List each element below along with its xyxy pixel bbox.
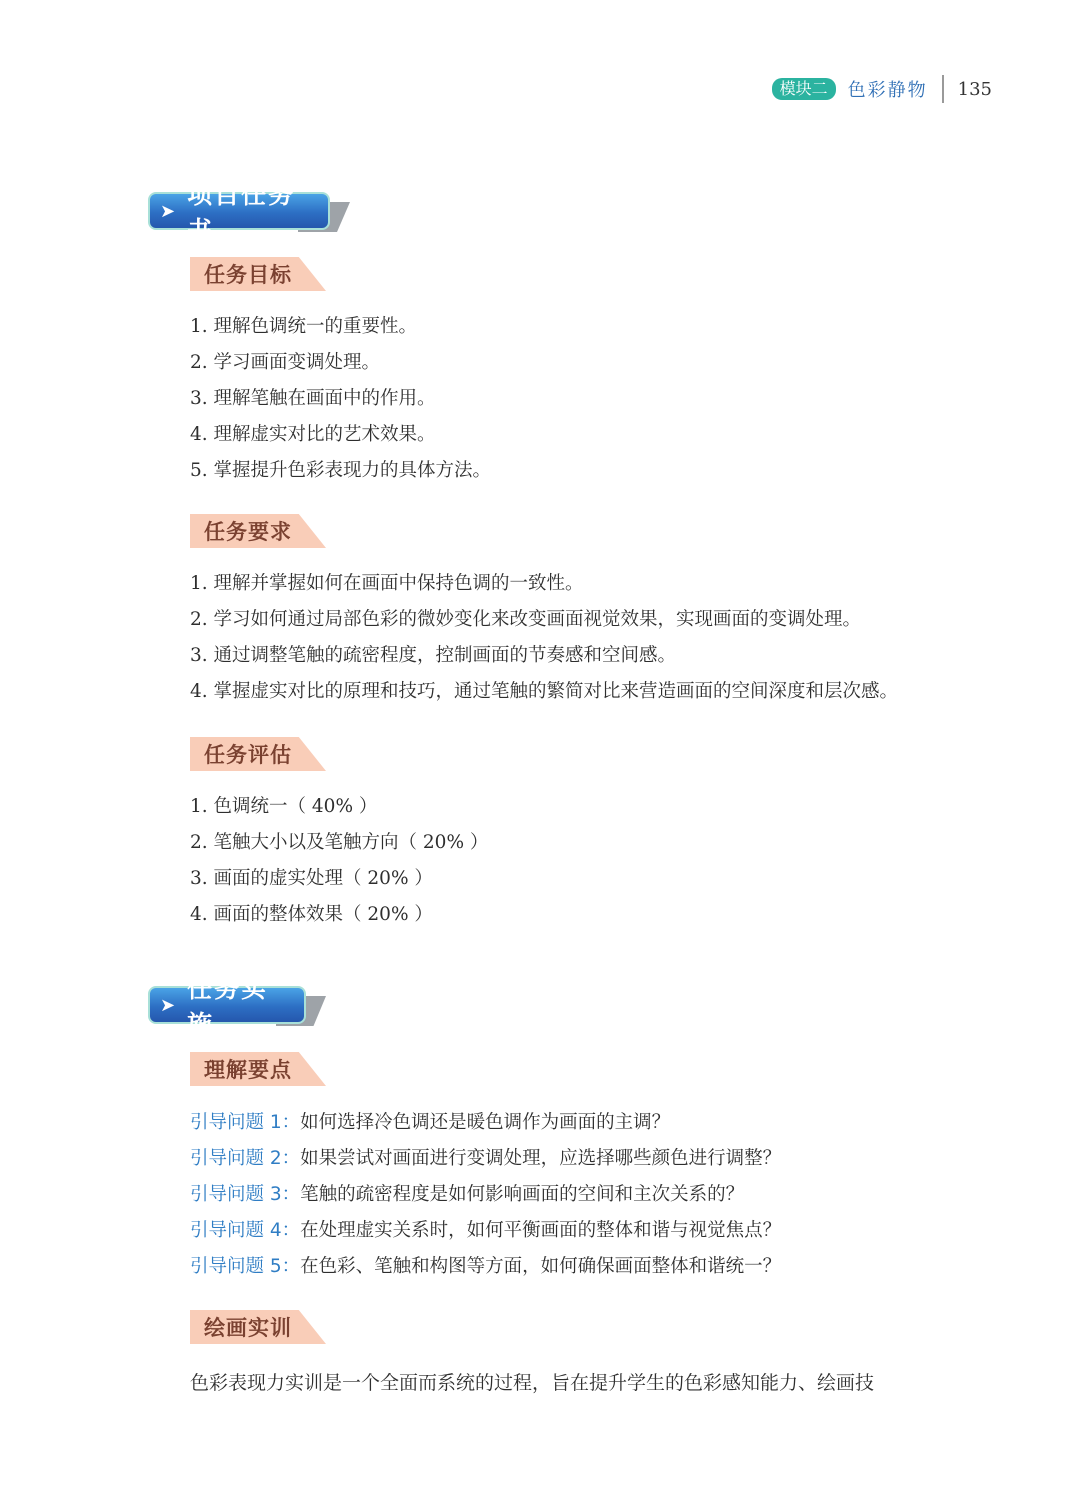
page-header: 模块二 色彩静物 135 — [772, 74, 992, 104]
section-banner-project-brief: ➤ 项目任务书 — [148, 192, 348, 232]
guiding-question: 引导问题 2：如果尝试对画面进行变调处理，应选择哪些颜色进行调整？ — [190, 1141, 781, 1177]
list-item: 4. 掌握虚实对比的原理和技巧，通过笔触的繁简对比来营造画面的空间深度和层次感。 — [190, 674, 898, 710]
list-item: 1. 理解并掌握如何在画面中保持色调的一致性。 — [190, 566, 898, 602]
question-text: 如何选择冷色调还是暖色调作为画面的主调？ — [300, 1112, 670, 1133]
list-item: 3. 画面的虚实处理（ 20% ） — [190, 861, 488, 897]
list-item: 3. 通过调整笔触的疏密程度，控制画面的节奏感和空间感。 — [190, 638, 898, 674]
list-item: 1. 色调统一（ 40% ） — [190, 789, 488, 825]
subsection-title: 理解要点 — [204, 1054, 292, 1084]
list-item: 4. 理解虚实对比的艺术效果。 — [190, 417, 491, 453]
list-item: 5. 掌握提升色彩表现力的具体方法。 — [190, 453, 491, 489]
subsection-tag-requirements: 任务要求 — [190, 514, 326, 548]
body-paragraph: 色彩表现力实训是一个全面而系统的过程，旨在提升学生的色彩感知能力、绘画技 — [190, 1368, 874, 1395]
question-prefix: 引导问题 2： — [190, 1148, 300, 1169]
subsection-title: 任务目标 — [204, 259, 292, 289]
subsection-tag-goals: 任务目标 — [190, 257, 326, 291]
module-title: 色彩静物 — [848, 76, 928, 102]
list-item: 4. 画面的整体效果（ 20% ） — [190, 897, 488, 933]
question-prefix: 引导问题 5： — [190, 1256, 300, 1277]
guiding-question: 引导问题 4：在处理虚实关系时，如何平衡画面的整体和谐与视觉焦点？ — [190, 1213, 781, 1249]
question-text: 在处理虚实关系时，如何平衡画面的整体和谐与视觉焦点？ — [300, 1220, 781, 1241]
question-prefix: 引导问题 1： — [190, 1112, 300, 1133]
question-prefix: 引导问题 3： — [190, 1184, 300, 1205]
list-item: 1. 理解色调统一的重要性。 — [190, 309, 491, 345]
header-divider — [942, 75, 944, 103]
list-item: 3. 理解笔触在画面中的作用。 — [190, 381, 491, 417]
page-number: 135 — [958, 79, 992, 100]
list-item: 2. 笔触大小以及笔触方向（ 20% ） — [190, 825, 488, 861]
list-item: 2. 学习如何通过局部色彩的微妙变化来改变画面视觉效果，实现画面的变调处理。 — [190, 602, 898, 638]
subsection-tag-assessment: 任务评估 — [190, 737, 326, 771]
subsection-title: 任务评估 — [204, 739, 292, 769]
guiding-question: 引导问题 3：笔触的疏密程度是如何影响画面的空间和主次关系的？ — [190, 1177, 781, 1213]
guiding-question: 引导问题 1：如何选择冷色调还是暖色调作为画面的主调？ — [190, 1105, 781, 1141]
section-title: 任务实施 — [187, 969, 290, 1041]
goals-list: 1. 理解色调统一的重要性。 2. 学习画面变调处理。 3. 理解笔触在画面中的… — [190, 309, 491, 489]
question-prefix: 引导问题 4： — [190, 1220, 300, 1241]
chevron-right-icon: ➤ — [160, 201, 175, 222]
banner-pill: ➤ 任务实施 — [148, 986, 306, 1024]
subsection-title: 任务要求 — [204, 516, 292, 546]
module-badge: 模块二 — [772, 78, 836, 100]
guiding-question: 引导问题 5：在色彩、笔触和构图等方面，如何确保画面整体和谐统一？ — [190, 1249, 781, 1285]
question-text: 笔触的疏密程度是如何影响画面的空间和主次关系的？ — [300, 1184, 744, 1205]
list-item: 2. 学习画面变调处理。 — [190, 345, 491, 381]
requirements-list: 1. 理解并掌握如何在画面中保持色调的一致性。 2. 学习如何通过局部色彩的微妙… — [190, 566, 898, 710]
chevron-right-icon: ➤ — [160, 995, 175, 1016]
guiding-questions-list: 引导问题 1：如何选择冷色调还是暖色调作为画面的主调？ 引导问题 2：如果尝试对… — [190, 1105, 781, 1285]
section-banner-implementation: ➤ 任务实施 — [148, 986, 328, 1026]
assessment-list: 1. 色调统一（ 40% ） 2. 笔触大小以及笔触方向（ 20% ） 3. 画… — [190, 789, 488, 933]
subsection-tag-painting-practice: 绘画实训 — [190, 1310, 326, 1344]
banner-pill: ➤ 项目任务书 — [148, 192, 330, 230]
section-title: 项目任务书 — [187, 175, 314, 247]
subsection-tag-key-points: 理解要点 — [190, 1052, 326, 1086]
question-text: 在色彩、笔触和构图等方面，如何确保画面整体和谐统一？ — [300, 1256, 781, 1277]
question-text: 如果尝试对画面进行变调处理，应选择哪些颜色进行调整？ — [300, 1148, 781, 1169]
subsection-title: 绘画实训 — [204, 1312, 292, 1342]
